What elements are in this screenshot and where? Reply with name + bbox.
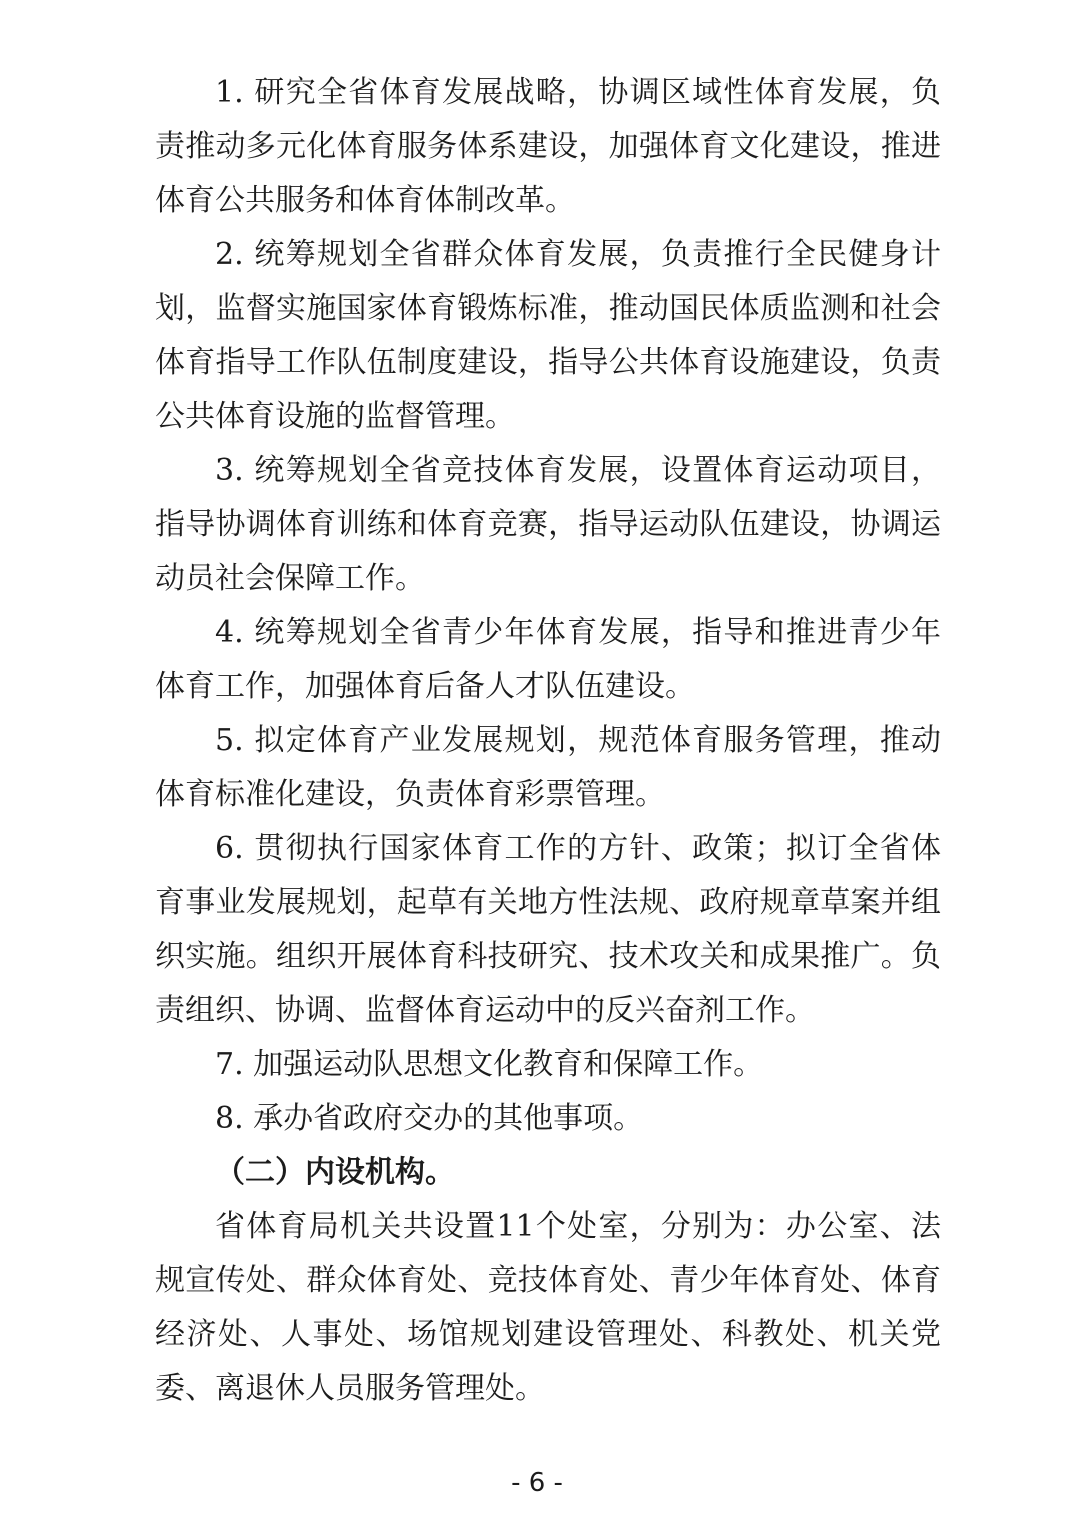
- document-body: 1. 研究全省体育发展战略，协调区域性体育发展，负责推动多元化体育服务体系建设，…: [155, 66, 941, 1416]
- paragraph: 1. 研究全省体育发展战略，协调区域性体育发展，负责推动多元化体育服务体系建设，…: [155, 66, 941, 228]
- paragraph: 7. 加强运动队思想文化教育和保障工作。: [155, 1038, 941, 1092]
- paragraph: 5. 拟定体育产业发展规划，规范体育服务管理，推动体育标准化建设，负责体育彩票管…: [155, 714, 941, 822]
- paragraph: 3. 统筹规划全省竞技体育发展，设置体育运动项目，指导协调体育训练和体育竞赛，指…: [155, 444, 941, 606]
- paragraph: 4. 统筹规划全省青少年体育发展，指导和推进青少年体育工作，加强体育后备人才队伍…: [155, 606, 941, 714]
- document-page: 1. 研究全省体育发展战略，协调区域性体育发展，负责推动多元化体育服务体系建设，…: [0, 0, 1074, 1520]
- paragraph: 省体育局机关共设置11个处室，分别为：办公室、法规宣传处、群众体育处、竞技体育处…: [155, 1200, 941, 1416]
- section-heading: （二）内设机构。: [155, 1146, 941, 1200]
- page-number: - 6 -: [0, 1466, 1074, 1500]
- paragraph: 8. 承办省政府交办的其他事项。: [155, 1092, 941, 1146]
- paragraph: 2. 统筹规划全省群众体育发展，负责推行全民健身计划，监督实施国家体育锻炼标准，…: [155, 228, 941, 444]
- paragraph: 6. 贯彻执行国家体育工作的方针、政策；拟订全省体育事业发展规划，起草有关地方性…: [155, 822, 941, 1038]
